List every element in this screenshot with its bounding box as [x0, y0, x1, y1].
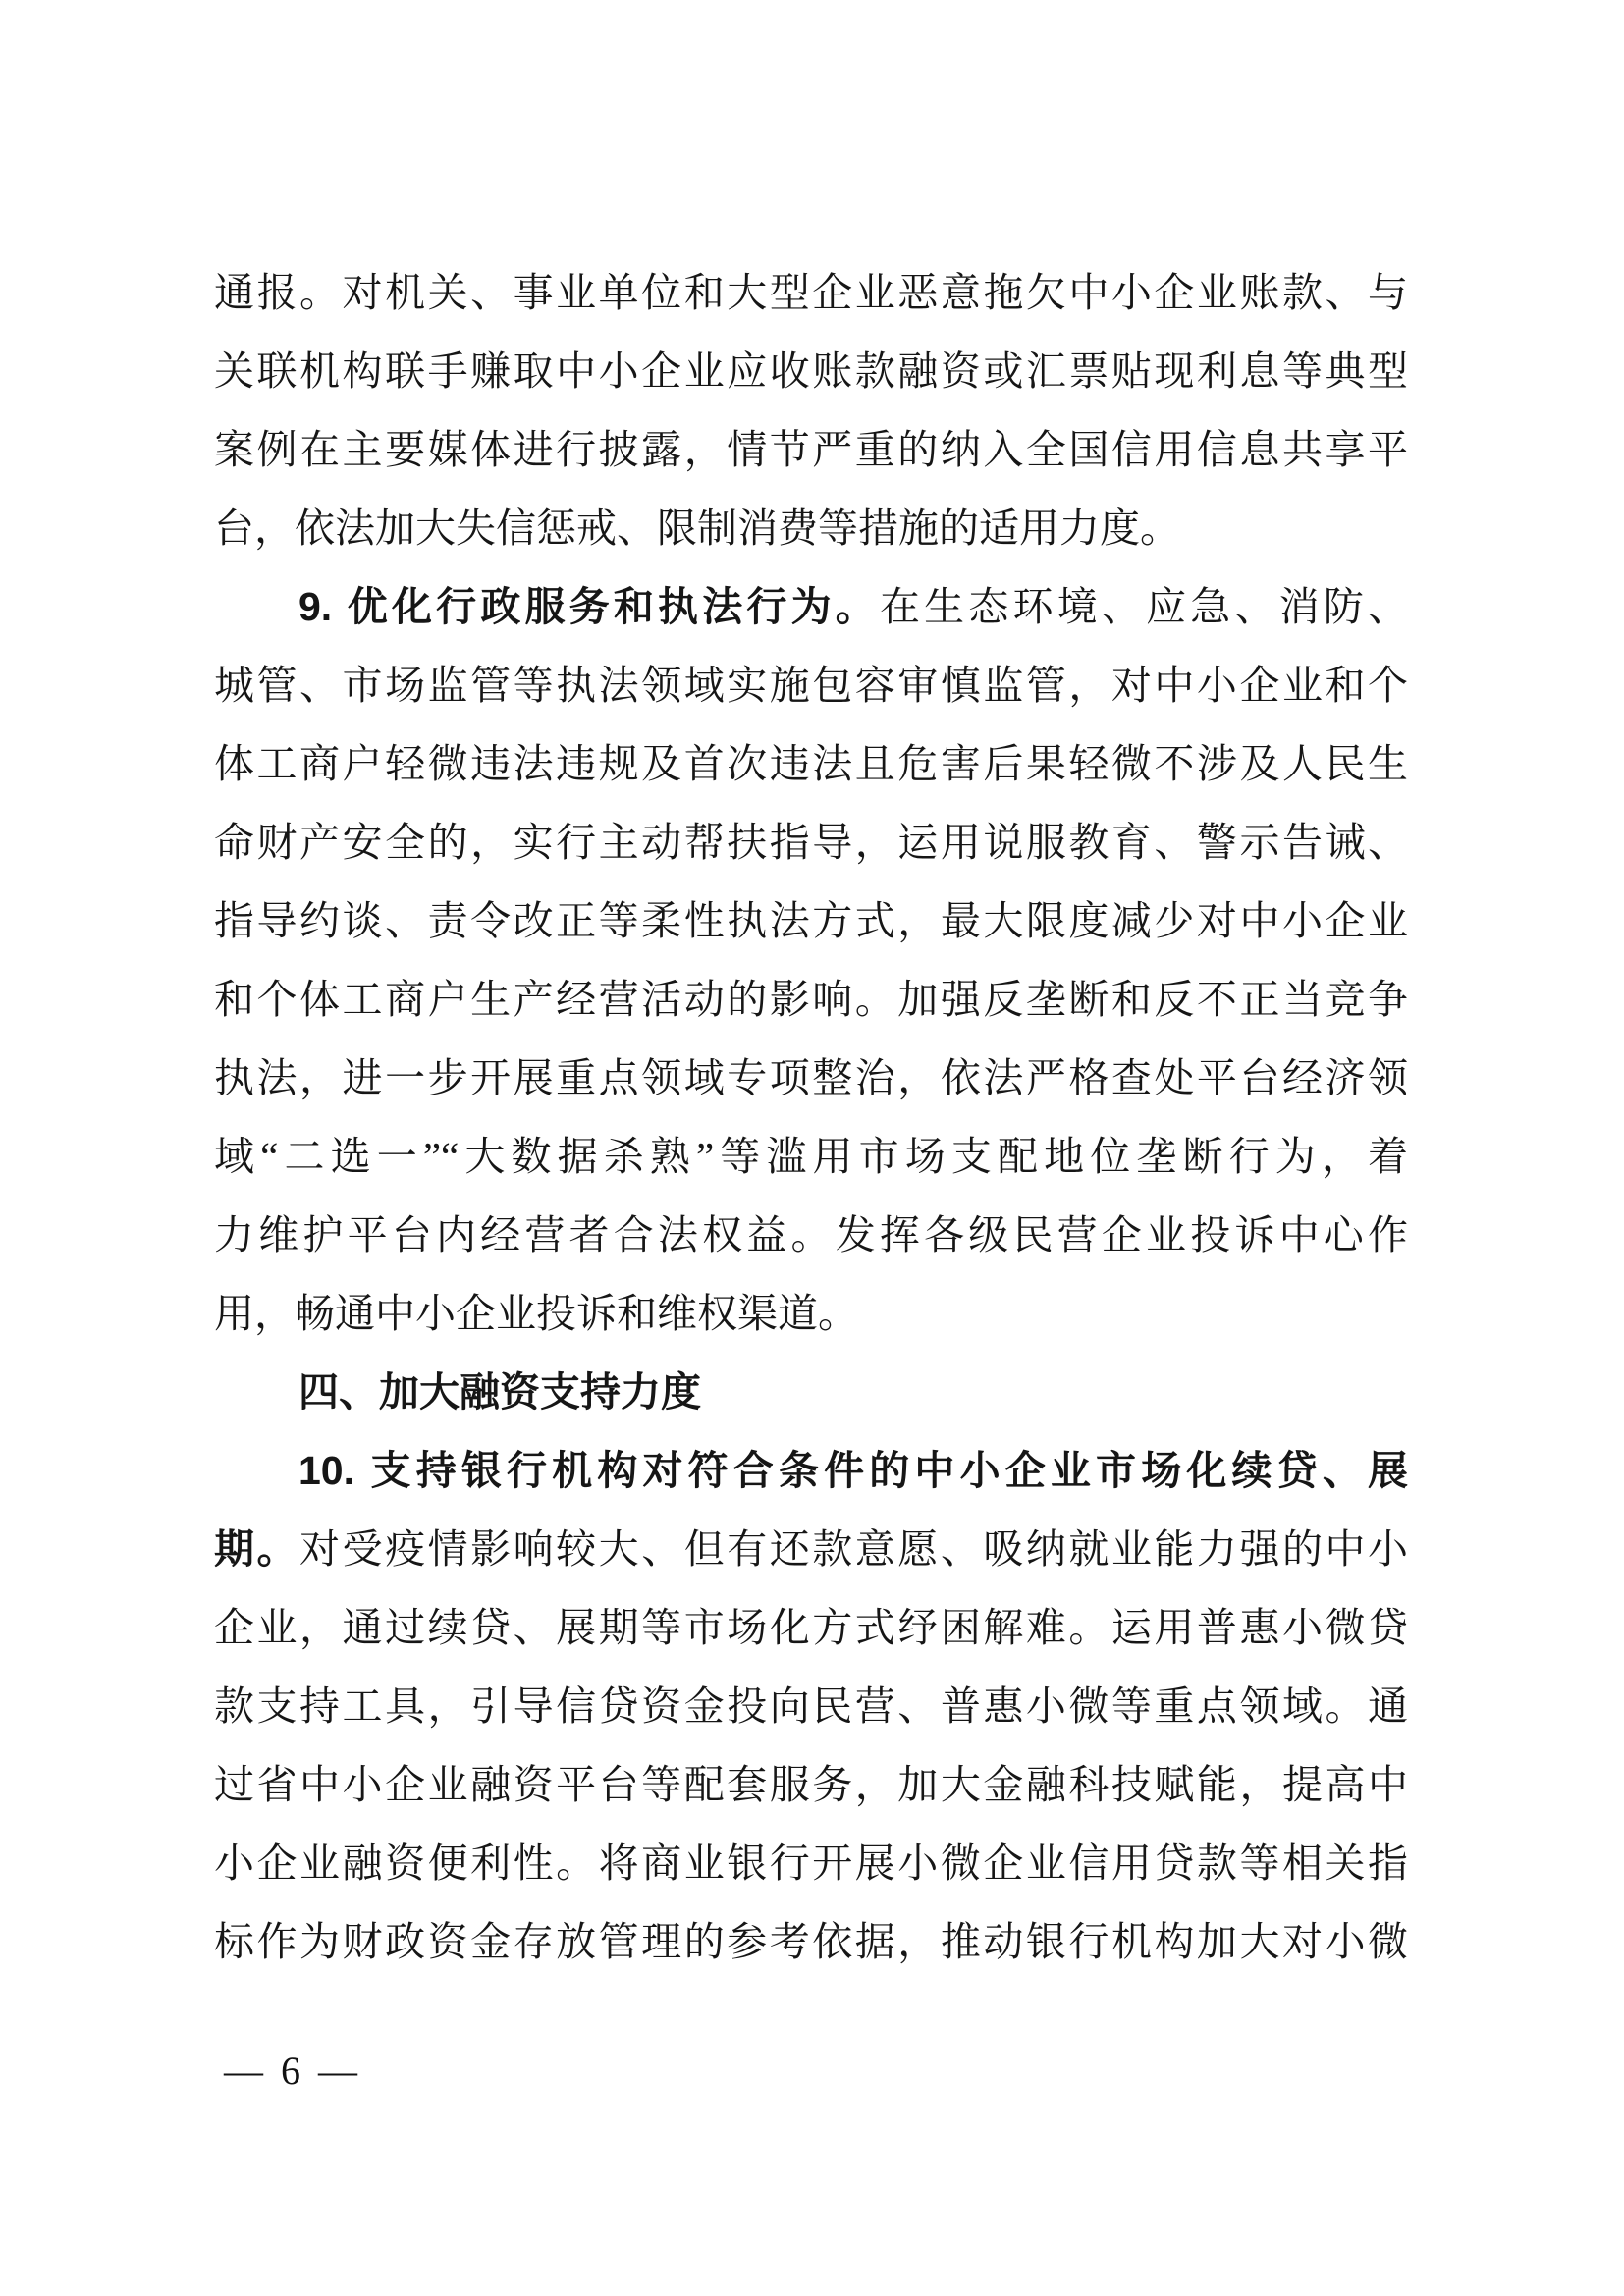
text-line: 和个体工商户生产经营活动的影响。加强反垄断和反不正当竞争 [214, 960, 1408, 1039]
text-line: 城管、市场监管等执法领域实施包容审慎监管，对中小企业和个 [214, 646, 1408, 724]
text-run: 款支持工具，引导信贷资金投向民营、普惠小微等重点领域。通 [214, 1683, 1408, 1729]
text-run: 小企业融资便利性。将商业银行开展小微企业信用贷款等相关指 [214, 1841, 1408, 1886]
text-run: 用，畅通中小企业投诉和维权渠道。 [214, 1291, 858, 1336]
text-line: 命财产安全的，实行主动帮扶指导，运用说服教育、警示告诫、 [214, 803, 1408, 881]
bold-text-run: 9. 优化行政服务和执法行为。 [298, 584, 880, 629]
text-line: 小企业融资便利性。将商业银行开展小微企业信用贷款等相关指 [214, 1824, 1408, 1902]
text-run: 体工商户轻微违法违规及首次违法且危害后果轻微不涉及人民生 [214, 741, 1408, 786]
bold-text-run: 期。 [214, 1526, 299, 1572]
text-run: 关联机构联手赚取中小企业应收账款融资或汇票贴现利息等典型 [214, 348, 1408, 394]
text-line: 域“二选一”“大数据杀熟”等滥用市场支配地位垄断行为，着 [214, 1117, 1408, 1196]
text-line: 力维护平台内经营者合法权益。发挥各级民营企业投诉中心作 [214, 1196, 1408, 1274]
text-line: 10. 支持银行机构对符合条件的中小企业市场化续贷、展 [214, 1431, 1408, 1510]
text-run: 台，依法加大失信惩戒、限制消费等措施的适用力度。 [214, 506, 1180, 551]
document-text-block: 通报。对机关、事业单位和大型企业恶意拖欠中小企业账款、与关联机构联手赚取中小企业… [214, 253, 1408, 1981]
text-line: 期。对受疫情影响较大、但有还款意愿、吸纳就业能力强的中小 [214, 1510, 1408, 1588]
text-run: 企业，通过续贷、展期等市场化方式纾困解难。运用普惠小微贷 [214, 1605, 1408, 1650]
text-line: 关联机构联手赚取中小企业应收账款融资或汇票贴现利息等典型 [214, 332, 1408, 410]
text-line: 台，依法加大失信惩戒、限制消费等措施的适用力度。 [214, 489, 1408, 567]
text-run: 在生态环境、应急、消防、 [880, 584, 1408, 629]
text-line: 9. 优化行政服务和执法行为。在生态环境、应急、消防、 [214, 567, 1408, 646]
text-run: 案例在主要媒体进行披露，情节严重的纳入全国信用信息共享平 [214, 427, 1408, 472]
text-line: 用，畅通中小企业投诉和维权渠道。 [214, 1274, 1408, 1353]
text-line: 通报。对机关、事业单位和大型企业恶意拖欠中小企业账款、与 [214, 253, 1408, 332]
text-run: 域“二选一”“大数据杀熟”等滥用市场支配地位垄断行为，着 [214, 1134, 1408, 1179]
text-line: 四、加大融资支持力度 [214, 1353, 1408, 1431]
page-number: — 6 — [224, 2044, 361, 2099]
text-line: 企业，通过续贷、展期等市场化方式纾困解难。运用普惠小微贷 [214, 1588, 1408, 1667]
text-line: 案例在主要媒体进行披露，情节严重的纳入全国信用信息共享平 [214, 410, 1408, 489]
text-run: 指导约谈、责令改正等柔性执法方式，最大限度减少对中小企业 [214, 898, 1408, 943]
text-line: 执法，进一步开展重点领域专项整治，依法严格查处平台经济领 [214, 1039, 1408, 1117]
document-page: 通报。对机关、事业单位和大型企业恶意拖欠中小企业账款、与关联机构联手赚取中小企业… [0, 0, 1624, 2296]
bold-text-run: 10. 支持银行机构对符合条件的中小企业市场化续贷、展 [298, 1448, 1408, 1493]
text-line: 标作为财政资金存放管理的参考依据，推动银行机构加大对小微 [214, 1902, 1408, 1981]
text-run: 执法，进一步开展重点领域专项整治，依法严格查处平台经济领 [214, 1055, 1408, 1100]
text-line: 款支持工具，引导信贷资金投向民营、普惠小微等重点领域。通 [214, 1667, 1408, 1745]
text-run: 过省中小企业融资平台等配套服务，加大金融科技赋能，提高中 [214, 1762, 1408, 1807]
text-line: 指导约谈、责令改正等柔性执法方式，最大限度减少对中小企业 [214, 881, 1408, 960]
text-run: 标作为财政资金存放管理的参考依据，推动银行机构加大对小微 [214, 1919, 1408, 1964]
text-run: 命财产安全的，实行主动帮扶指导，运用说服教育、警示告诫、 [214, 820, 1408, 865]
text-line: 体工商户轻微违法违规及首次违法且危害后果轻微不涉及人民生 [214, 724, 1408, 803]
bold-text-run: 四、加大融资支持力度 [298, 1369, 701, 1415]
text-line: 过省中小企业融资平台等配套服务，加大金融科技赋能，提高中 [214, 1745, 1408, 1824]
text-run: 力维护平台内经营者合法权益。发挥各级民营企业投诉中心作 [214, 1212, 1408, 1257]
text-run: 城管、市场监管等执法领域实施包容审慎监管，对中小企业和个 [214, 663, 1408, 708]
text-run: 对受疫情影响较大、但有还款意愿、吸纳就业能力强的中小 [299, 1526, 1408, 1572]
text-run: 通报。对机关、事业单位和大型企业恶意拖欠中小企业账款、与 [214, 270, 1408, 315]
text-run: 和个体工商户生产经营活动的影响。加强反垄断和反不正当竞争 [214, 977, 1408, 1022]
